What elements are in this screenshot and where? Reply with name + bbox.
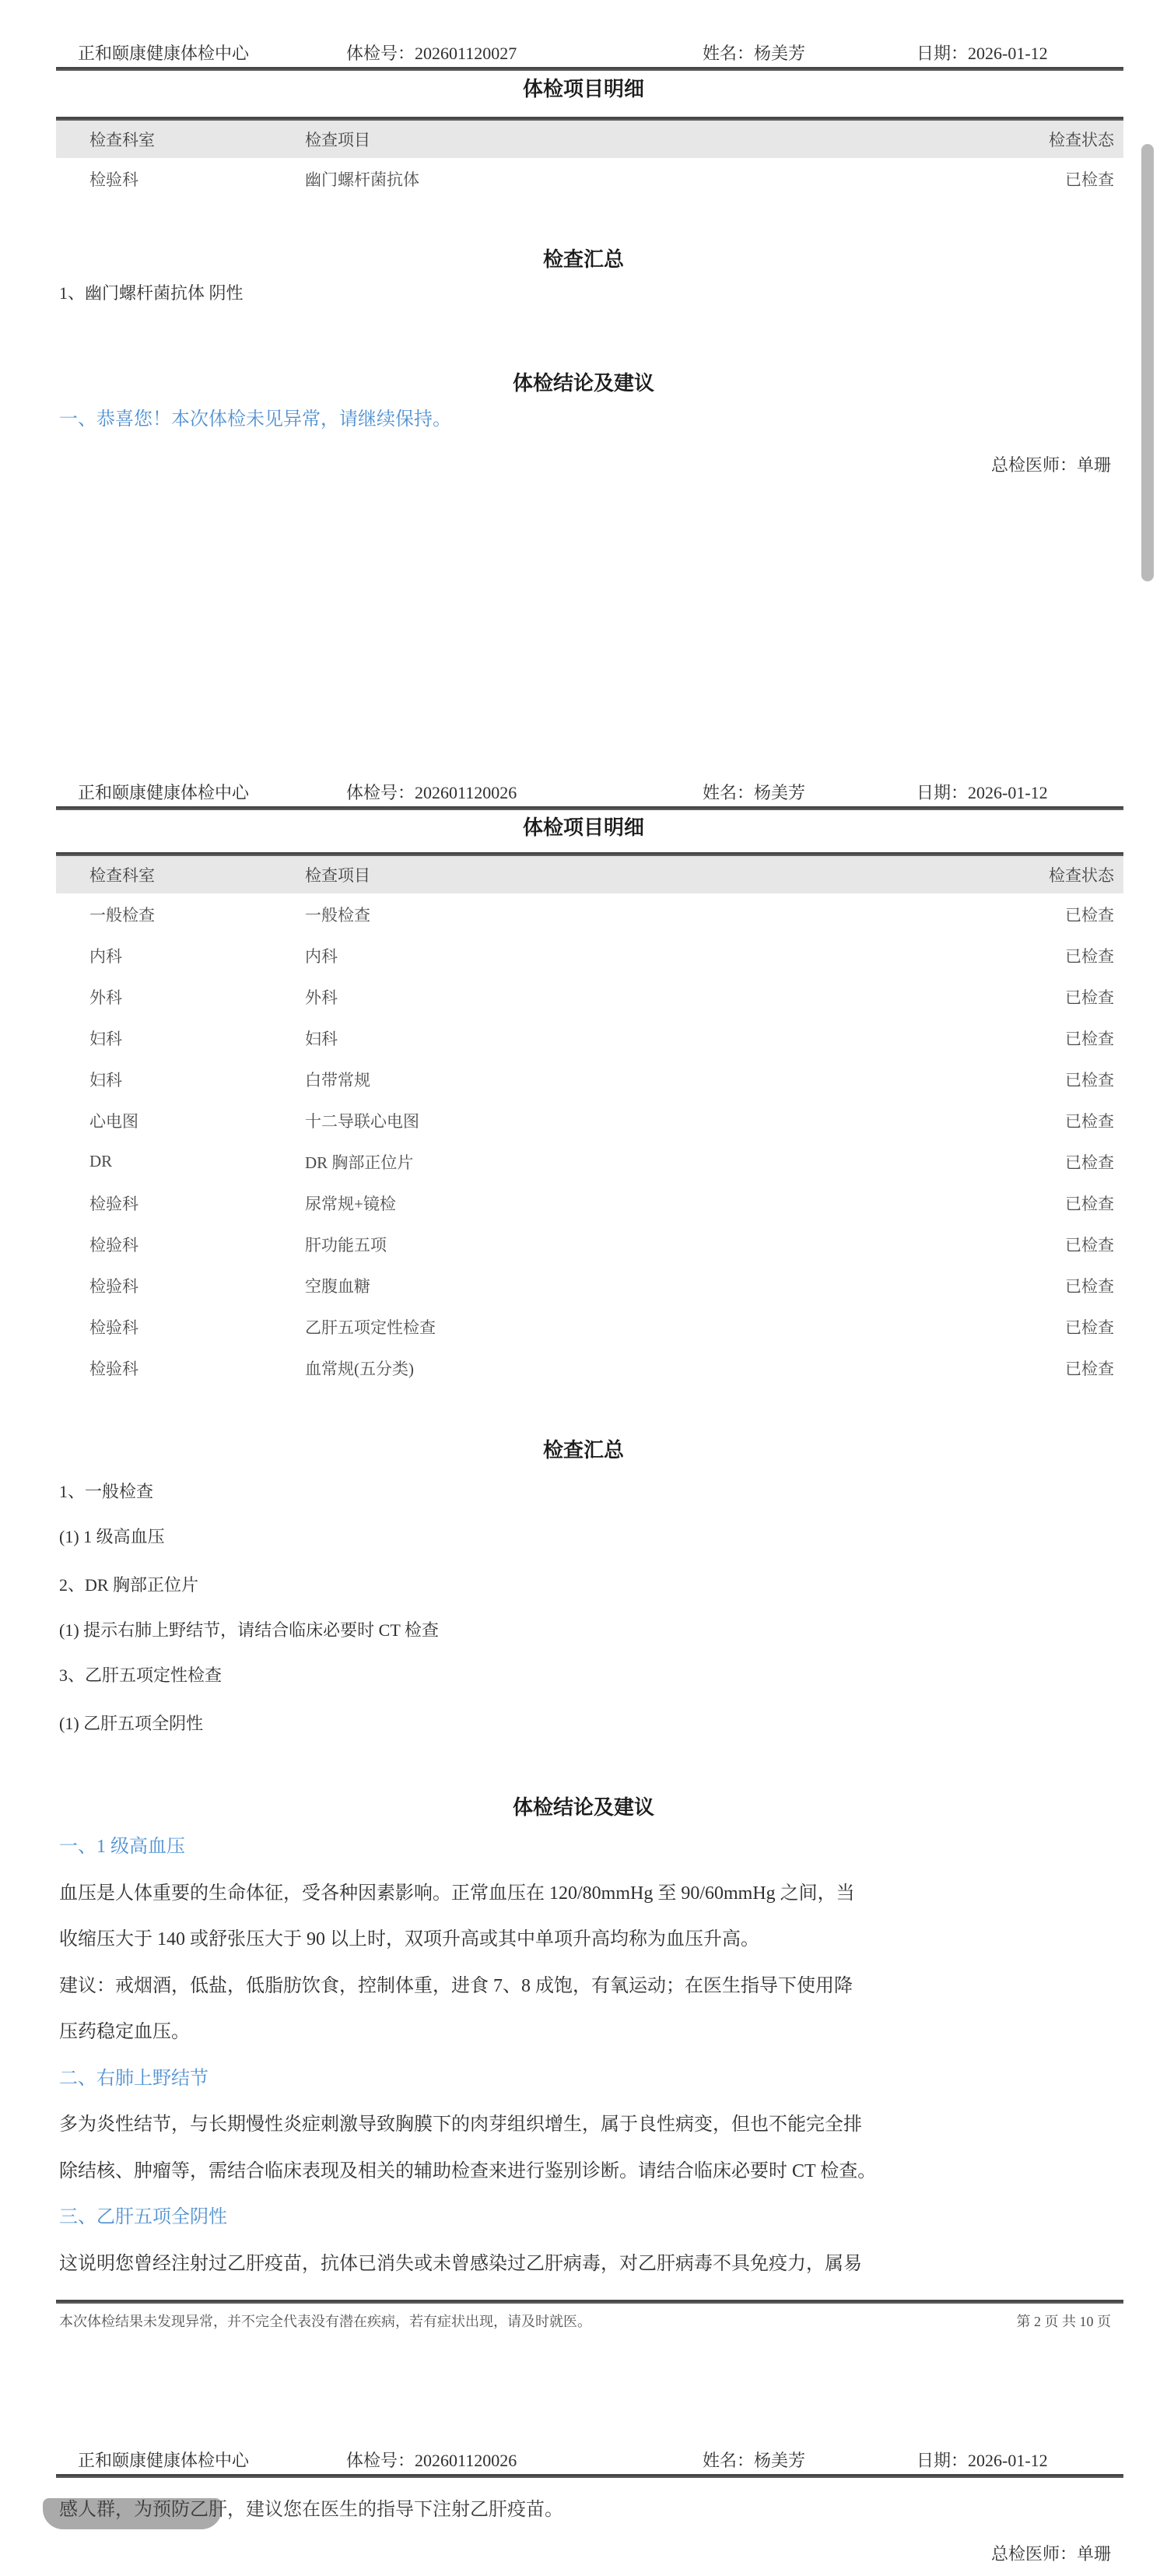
col-header-status: 检查状态 xyxy=(999,863,1123,886)
exam-no-value: 202601120026 xyxy=(415,2451,517,2470)
summary-item: 3、乙肝五项定性检查 xyxy=(59,1653,1109,1698)
conclusion-line: 一、恭喜您！本次体检未见异常，请继续保持。 xyxy=(59,404,1109,435)
date-value: 2026-01-12 xyxy=(968,2451,1048,2470)
footer-disclaimer: 本次体检结果未发现异常，并不完全代表没有潜在疾病，若有症状出现，请及时就医。 xyxy=(59,2314,591,2329)
conclusion-line: 血压是人体重要的生命体征，受各种因素影响。正常血压在 120/80mmHg 至 … xyxy=(59,1871,1114,1918)
exam-no-value: 202601120026 xyxy=(415,783,517,802)
status-cell: 已检查 xyxy=(999,1191,1123,1215)
conclusion-line: 建议：戒烟酒，低盐，低脂肪饮食，控制体重，进食 7、8 成饱，有氧运动；在医生指… xyxy=(59,1964,1114,2010)
date-label: 日期： xyxy=(916,44,968,63)
conclusion-line: 这说明您曾经注射过乙肝疫苗，抗体已消失或未曾感染过乙肝病毒，对乙肝病毒不具免疫力… xyxy=(59,2241,1114,2288)
summary-item: 1、一般检查 xyxy=(59,1469,1109,1514)
table-row: 妇科 妇科 已检查 xyxy=(56,1017,1123,1058)
patient-name: 姓名：杨美芳 xyxy=(703,2448,805,2472)
dept-cell: 一般检查 xyxy=(56,903,305,926)
conclusion-continuation-line: 感人群，为预防乙肝，建议您在医生的指导下注射乙肝疫苗。 xyxy=(59,2494,1109,2525)
status-cell: 已检查 xyxy=(999,903,1123,926)
status-cell: 已检查 xyxy=(999,1356,1123,1380)
table-row: 检验科 乙肝五项定性检查 已检查 xyxy=(56,1306,1123,1347)
patient-name: 姓名：杨美芳 xyxy=(703,40,805,65)
status-cell: 已检查 xyxy=(999,944,1123,967)
table-row: 检验科 空腹血糖 已检查 xyxy=(56,1265,1123,1306)
item-cell: 白带常规 xyxy=(305,1068,999,1091)
table-row: 心电图 十二导联心电图 已检查 xyxy=(56,1100,1123,1141)
summary-item: 1、幽门螺杆菌抗体 阴性 xyxy=(59,278,1109,309)
item-cell: 一般检查 xyxy=(305,903,999,926)
exam-no: 体检号：202601120027 xyxy=(346,40,517,65)
dept-cell: 检验科 xyxy=(56,1315,305,1339)
col-header-dept: 检查科室 xyxy=(56,128,305,151)
conclusion-line: 压药稳定血压。 xyxy=(59,2009,1114,2056)
dept-cell: DR xyxy=(56,1152,305,1171)
document-viewport[interactable]: 正和颐康健康体检中心 体检号：202601120027 姓名：杨美芳 日期：20… xyxy=(0,0,1167,2576)
date-label: 日期： xyxy=(916,783,968,802)
name-label: 姓名： xyxy=(703,44,754,63)
conclusion-line: 多为炎性结节，与长期慢性炎症刺激导致胸膜下的肉芽组织增生，属于良性病变，但也不能… xyxy=(59,2102,1114,2149)
dept-cell: 内科 xyxy=(56,944,305,967)
page1-header: 正和颐康健康体检中心 体检号：202601120027 姓名：杨美芳 日期：20… xyxy=(0,40,1167,65)
table-row: 妇科 白带常规 已检查 xyxy=(56,1058,1123,1100)
table-row: 内科 内科 已检查 xyxy=(56,935,1123,976)
exam-date: 日期：2026-01-12 xyxy=(916,780,1048,804)
name-value: 杨美芳 xyxy=(754,44,805,63)
status-cell: 已检查 xyxy=(999,1233,1123,1256)
item-cell: 十二导联心电图 xyxy=(305,1109,999,1132)
conclusion-section-title: 体检结论及建议 xyxy=(0,370,1167,396)
conclusion-heading: 一、1 级高血压 xyxy=(59,1824,1114,1871)
dept-cell: 检验科 xyxy=(56,1191,305,1215)
date-value: 2026-01-12 xyxy=(968,44,1048,63)
exam-items-table: 检查科室 检查项目 检查状态 检验科 幽门螺杆菌抗体 已检查 xyxy=(56,117,1123,199)
chief-doctor-signature: 总检医师：单珊 xyxy=(59,450,1111,481)
detail-section-title: 体检项目明细 xyxy=(0,75,1167,102)
col-header-item: 检查项目 xyxy=(305,128,999,151)
dept-cell: 检验科 xyxy=(56,1274,305,1297)
table-row: 检验科 血常规(五分类) 已检查 xyxy=(56,1347,1123,1388)
scrollbar-thumb[interactable] xyxy=(1141,144,1154,581)
header-divider xyxy=(56,806,1123,810)
item-cell: 肝功能五项 xyxy=(305,1233,999,1256)
summary-item: (1) 1 级高血压 xyxy=(59,1514,1109,1560)
exam-no-label: 体检号： xyxy=(346,2451,415,2470)
conclusion-section-title: 体检结论及建议 xyxy=(0,1794,1167,1820)
exam-no-label: 体检号： xyxy=(346,783,415,802)
conclusion-block: 一、1 级高血压 血压是人体重要的生命体征，受各种因素影响。正常血压在 120/… xyxy=(59,1824,1114,2287)
item-cell: 乙肝五项定性检查 xyxy=(305,1315,999,1339)
name-label: 姓名： xyxy=(703,2451,754,2470)
header-divider xyxy=(56,2474,1123,2478)
status-cell: 已检查 xyxy=(999,1315,1123,1339)
status-cell: 已检查 xyxy=(999,1150,1123,1174)
date-label: 日期： xyxy=(916,2451,968,2470)
name-label: 姓名： xyxy=(703,783,754,802)
date-value: 2026-01-12 xyxy=(968,783,1048,802)
exam-date: 日期：2026-01-12 xyxy=(916,2448,1048,2472)
item-cell: 血常规(五分类) xyxy=(305,1356,999,1380)
dept-cell: 检验科 xyxy=(56,1356,305,1380)
detail-section-title: 体检项目明细 xyxy=(0,814,1167,841)
page3-header: 正和颐康健康体检中心 体检号：202601120026 姓名：杨美芳 日期：20… xyxy=(0,2448,1167,2472)
dept-cell: 检验科 xyxy=(56,167,305,191)
summary-item: (1) 提示右肺上野结节，请结合临床必要时 CT 检查 xyxy=(59,1608,1109,1653)
summary-section-title: 检查汇总 xyxy=(0,1437,1167,1463)
exam-no-label: 体检号： xyxy=(346,44,415,63)
status-cell: 已检查 xyxy=(999,1027,1123,1050)
exam-items-table: 检查科室 检查项目 检查状态 一般检查 一般检查 已检查 内科 内科 已检查 外… xyxy=(56,852,1123,1388)
item-cell: DR 胸部正位片 xyxy=(305,1150,999,1174)
exam-date: 日期：2026-01-12 xyxy=(916,40,1048,65)
dept-cell: 妇科 xyxy=(56,1027,305,1050)
dept-cell: 妇科 xyxy=(56,1068,305,1091)
page-number: 第 2 页 共 10 页 xyxy=(1017,2308,1112,2335)
col-header-status: 检查状态 xyxy=(999,128,1123,151)
table-header-row: 检查科室 检查项目 检查状态 xyxy=(56,121,1123,158)
conclusion-heading: 三、乙肝五项全阴性 xyxy=(59,2195,1114,2241)
exam-no: 体检号：202601120026 xyxy=(346,780,517,804)
dept-cell: 检验科 xyxy=(56,1233,305,1256)
clinic-name: 正和颐康健康体检中心 xyxy=(78,40,249,65)
status-cell: 已检查 xyxy=(999,167,1123,191)
item-cell: 空腹血糖 xyxy=(305,1274,999,1297)
name-value: 杨美芳 xyxy=(754,783,805,802)
clinic-name: 正和颐康健康体检中心 xyxy=(78,780,249,804)
name-value: 杨美芳 xyxy=(754,2451,805,2470)
exam-no-value: 202601120027 xyxy=(415,44,517,63)
header-divider xyxy=(56,67,1123,71)
chief-doctor-signature: 总检医师：单珊 xyxy=(59,2539,1111,2570)
status-cell: 已检查 xyxy=(999,1068,1123,1091)
table-row: 检验科 肝功能五项 已检查 xyxy=(56,1223,1123,1265)
status-cell: 已检查 xyxy=(999,985,1123,1009)
summary-item: 2、DR 胸部正位片 xyxy=(59,1563,1109,1608)
footer-divider xyxy=(56,2300,1123,2304)
conclusion-line: 除结核、肿瘤等，需结合临床表现及相关的辅助检查来进行鉴别诊断。请结合临床必要时 … xyxy=(59,2149,1114,2195)
item-cell: 妇科 xyxy=(305,1027,999,1050)
summary-section-title: 检查汇总 xyxy=(0,246,1167,272)
exam-no: 体检号：202601120026 xyxy=(346,2448,517,2472)
page-footer: 本次体检结果未发现异常，并不完全代表没有潜在疾病，若有症状出现，请及时就医。 第… xyxy=(59,2308,1111,2335)
dept-cell: 外科 xyxy=(56,985,305,1009)
table-row: 检验科 幽门螺杆菌抗体 已检查 xyxy=(56,158,1123,199)
status-cell: 已检查 xyxy=(999,1109,1123,1132)
table-row: DR DR 胸部正位片 已检查 xyxy=(56,1141,1123,1182)
page2-header: 正和颐康健康体检中心 体检号：202601120026 姓名：杨美芳 日期：20… xyxy=(0,780,1167,805)
table-row: 外科 外科 已检查 xyxy=(56,976,1123,1017)
col-header-dept: 检查科室 xyxy=(56,863,305,886)
item-cell: 幽门螺杆菌抗体 xyxy=(305,167,999,191)
table-header-row: 检查科室 检查项目 检查状态 xyxy=(56,856,1123,893)
patient-name: 姓名：杨美芳 xyxy=(703,780,805,804)
clinic-name: 正和颐康健康体检中心 xyxy=(78,2448,249,2472)
status-cell: 已检查 xyxy=(999,1274,1123,1297)
item-cell: 内科 xyxy=(305,944,999,967)
item-cell: 尿常规+镜检 xyxy=(305,1191,999,1215)
dept-cell: 心电图 xyxy=(56,1109,305,1132)
item-cell: 外科 xyxy=(305,985,999,1009)
conclusion-heading: 二、右肺上野结节 xyxy=(59,2056,1114,2103)
table-row: 一般检查 一般检查 已检查 xyxy=(56,893,1123,935)
conclusion-line: 收缩压大于 140 或舒张压大于 90 以上时，双项升高或其中单项升高均称为血压… xyxy=(59,1917,1114,1964)
col-header-item: 检查项目 xyxy=(305,863,999,886)
table-row: 检验科 尿常规+镜检 已检查 xyxy=(56,1182,1123,1223)
summary-item: (1) 乙肝五项全阴性 xyxy=(59,1701,1109,1746)
